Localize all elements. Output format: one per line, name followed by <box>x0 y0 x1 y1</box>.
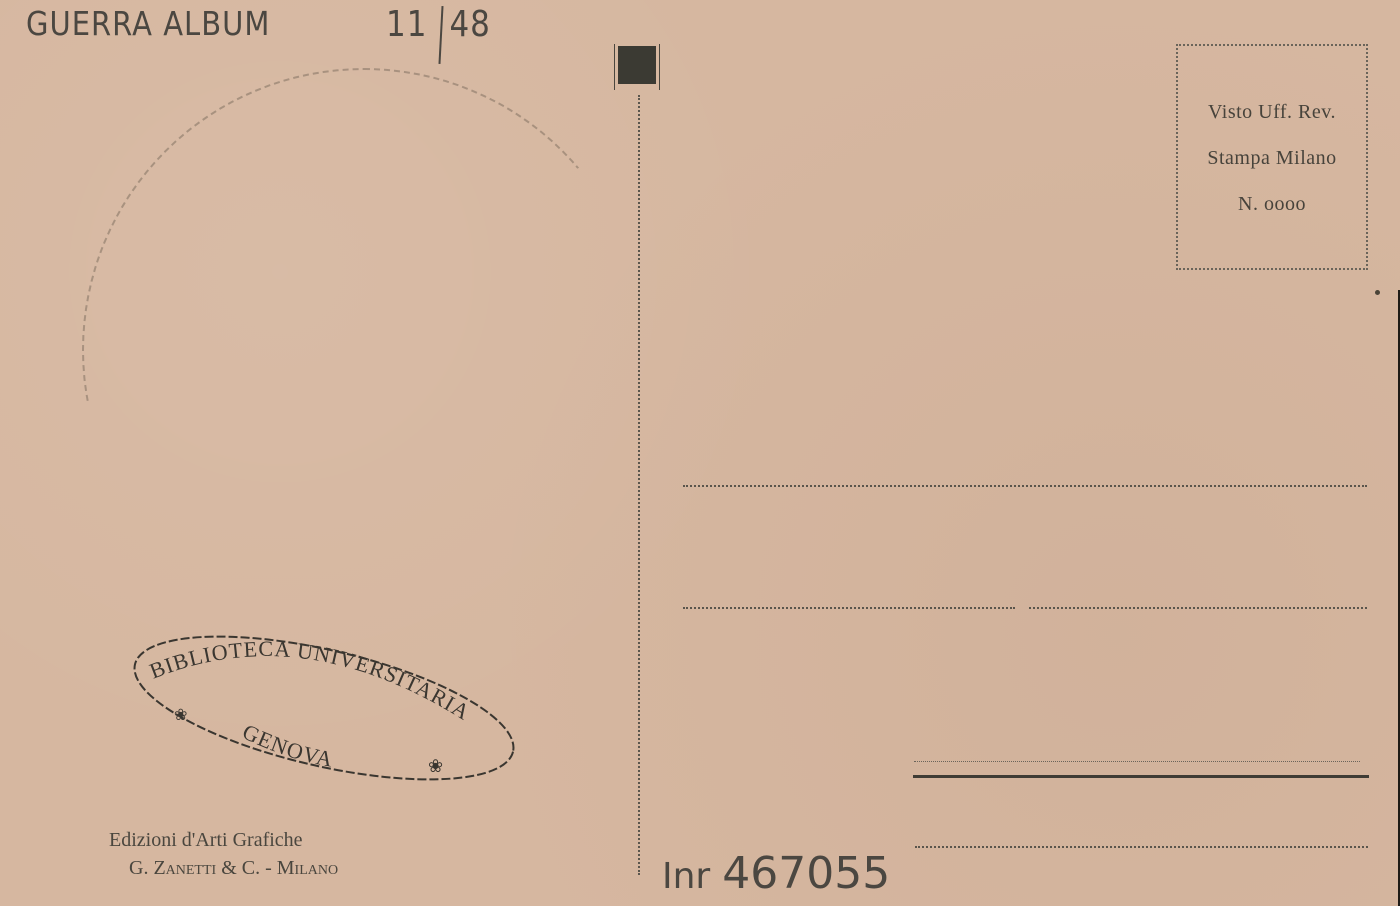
stamp-ornament-left-icon: ❀ <box>174 707 188 724</box>
album-number-left: 11 <box>386 4 427 45</box>
handwritten-album-label: GUERRA ALBUM <box>26 4 270 43</box>
publisher-imprint: Edizioni d'Arti Grafiche G. Zanetti & C.… <box>109 826 338 882</box>
inventory-prefix: Inr <box>662 856 710 897</box>
library-stamp-bottom-text: GENOVA <box>239 719 336 772</box>
address-line-2-left <box>683 607 1015 609</box>
stamp-box-line-3: N. oooo <box>1178 193 1366 216</box>
vertical-divider <box>638 95 640 875</box>
handwritten-album-number: 1148 <box>386 4 491 45</box>
address-line-2-right <box>1029 607 1367 609</box>
handwritten-inventory-number: Inr467055 <box>662 848 890 899</box>
address-line-1 <box>683 485 1367 487</box>
library-oval-stamp: BIBLIOTECA UNIVERSITARIA GENOVA ❀ ❀ <box>128 632 520 784</box>
stamp-box-line-2: Stampa Milano <box>1178 147 1366 170</box>
address-line-3-dotted <box>914 761 1360 762</box>
library-stamp-top-text: BIBLIOTECA UNIVERSITARIA <box>146 636 475 725</box>
ink-speck <box>1375 290 1380 295</box>
imprint-line-2: G. Zanetti & C. - Milano <box>109 854 338 882</box>
printer-logo-icon <box>614 44 660 90</box>
imprint-line-1: Edizioni d'Arti Grafiche <box>109 826 338 854</box>
inventory-number: 467055 <box>722 848 890 899</box>
stamp-box-line-1: Visto Uff. Rev. <box>1178 101 1366 124</box>
stamp-ornament-right-icon: ❀ <box>428 756 444 776</box>
album-number-right: 48 <box>449 4 490 45</box>
address-line-4 <box>915 846 1368 848</box>
postmark-arc <box>82 68 646 632</box>
stamp-placement-box: Visto Uff. Rev. Stampa Milano N. oooo <box>1176 44 1368 270</box>
address-line-3-solid <box>913 775 1369 778</box>
library-stamp-graphic: BIBLIOTECA UNIVERSITARIA GENOVA ❀ ❀ <box>128 632 520 784</box>
